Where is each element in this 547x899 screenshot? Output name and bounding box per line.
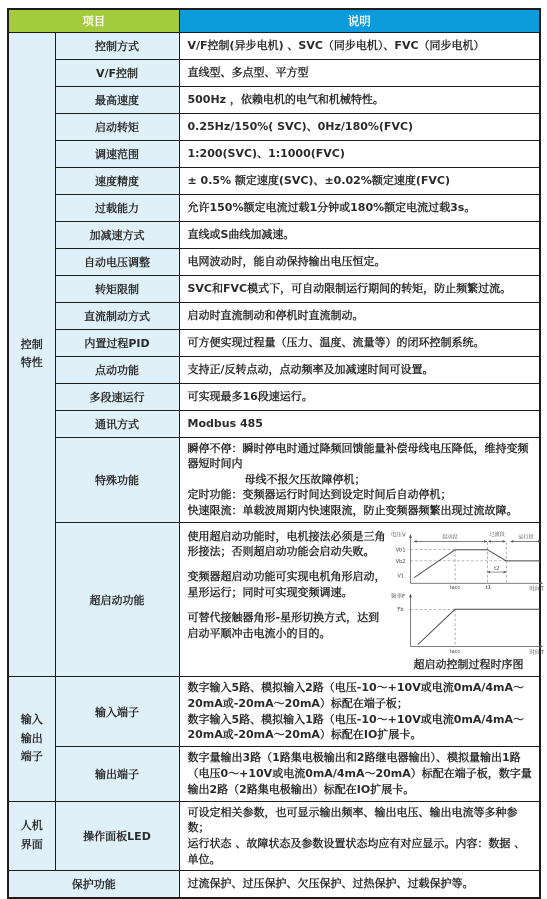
item-cell: 调速范围 <box>55 140 179 167</box>
desc-paragraph: 可替代接触器角形-星形切换方式，达到启动平顺冲击电流小的目的。 <box>188 610 386 642</box>
diagram-fb-label: Fb <box>397 607 403 613</box>
diagram-t1-label: t1 <box>485 584 490 590</box>
group-label-line: 特性 <box>10 354 54 373</box>
item-cell: 速度精度 <box>55 167 179 194</box>
desc-cell: ± 0.5% 额定速度(SVC)、±0.02%额定速度(FVC) <box>179 167 540 194</box>
table-row: V/F控制 直线型、多点型、平方型 <box>8 59 540 86</box>
desc-cell: 数字输入5路、模拟输入2路（电压-10～+10V或电流0mA/4mA～20mA或… <box>179 677 540 746</box>
desc-cell: SVC和FVC模式下，可自动限制运行期间的转矩，防止频繁过流。 <box>179 275 540 302</box>
item-cell-protection: 保护功能 <box>8 871 179 898</box>
item-cell: 通讯方式 <box>55 410 179 437</box>
desc-cell: 0.25Hz/150%( SVC)、0Hz/180%(FVC) <box>179 113 540 140</box>
desc-cell: 电网波动时，能自动保持输出电压恒定。 <box>179 248 540 275</box>
diagram-vb2-label: Vb2 <box>395 558 405 564</box>
item-cell: 控制方式 <box>55 32 179 59</box>
group-label-control: 控制 特性 <box>8 32 55 677</box>
table-row: 加减速方式 直线或S曲线加减速。 <box>8 221 540 248</box>
item-cell: 输入端子 <box>55 677 179 746</box>
group-label-line: 控制 <box>10 336 54 355</box>
desc-cell: 1:200(SVC)、1:1000(FVC) <box>179 140 540 167</box>
desc-cell: 允许150%额定电流过载1分钟或180%额定电流过载3s。 <box>179 194 540 221</box>
desc-cell: 直线型、多点型、平方型 <box>179 59 540 86</box>
diagram-tacc-label: tacc <box>449 584 460 590</box>
desc-cell: 可实现最多16段速运行。 <box>179 383 540 410</box>
header-item: 项目 <box>8 9 179 32</box>
diagram-region-run-label: 运行段 <box>518 533 533 540</box>
table-row: 转矩限制 SVC和FVC模式下，可自动限制运行期间的转矩，防止频繁过流。 <box>8 275 540 302</box>
group-label-line: 输出 <box>10 730 54 749</box>
desc-line: 可设定相关参数，也可显示输出频率、输出电压、输出电流等多种参数； <box>188 805 534 836</box>
group-label-io: 输入 输出 端子 <box>8 677 55 801</box>
table-row: 控制 特性 控制方式 V/F控制(异步电机) 、SVC（同步电机）、FVC（同步… <box>8 32 540 59</box>
desc-cell: V/F控制(异步电机) 、SVC（同步电机）、FVC（同步电机） <box>179 32 540 59</box>
diagram-frequency-axis-label: 频率F <box>390 592 404 600</box>
item-cell: 特殊功能 <box>55 437 179 522</box>
item-cell: 内置过程PID <box>55 329 179 356</box>
table-row: 自动电压调整 电网波动时，能自动保持输出电压恒定。 <box>8 248 540 275</box>
item-cell: 超启动功能 <box>55 522 179 677</box>
diagram-v1-label: V1 <box>397 573 404 579</box>
page: 项目 说明 控制 特性 控制方式 V/F控制(异步电机) 、SVC（同步电机）、… <box>0 0 547 769</box>
table-row: 直流制动方式 启动时直流制动和停机时直流制动。 <box>8 302 540 329</box>
timing-diagram: 电压V 时间T 起动段 过渡段 运行段 <box>390 529 547 673</box>
group-label-hmi: 人机 界面 <box>8 801 55 870</box>
table-row-special-functions: 特殊功能 瞬停不停：瞬时停电时通过降频回馈能量补偿母线电压降低，维持变频器短时间… <box>8 437 540 522</box>
table-row: 启动转矩 0.25Hz/150%( SVC)、0Hz/180%(FVC) <box>8 113 540 140</box>
desc-line: 数字输入5路、模拟输入1路（电压-10～+10V或电流0mA/4mA～20mA或… <box>188 712 534 743</box>
superstart-text: 使用超启动功能时，电机接法必须是三角形接法；否则超启动功能会启动失败。 变频器超… <box>188 529 386 643</box>
desc-cell: 瞬停不停：瞬时停电时通过降频回馈能量补偿母线电压降低，维持变频器短时间内 母线不… <box>179 437 540 522</box>
desc-cell: Modbus 485 <box>179 410 540 437</box>
table-row: 过载能力 允许150%额定电流过载1分钟或180%额定电流过载3s。 <box>8 194 540 221</box>
desc-paragraph: 使用超启动功能时，电机接法必须是三角形接法；否则超启动功能会启动失败。 <box>188 529 386 561</box>
group-label-line: 输入 <box>10 711 54 730</box>
diagram-t2-label: t2 <box>494 566 499 572</box>
diagram-time-axis-label: 时间T <box>529 584 544 592</box>
desc-line: 定时功能：变频器运行时间达到设定时间后自动停机； <box>188 487 534 503</box>
item-cell: 多段速运行 <box>55 383 179 410</box>
item-cell: 操作面板LED <box>55 801 179 870</box>
diagram-voltage-axis-label: 电压V <box>390 530 405 538</box>
desc-line: 瞬停不停：瞬时停电时通过降频回馈能量补偿母线电压降低，维持变频器短时间内 <box>188 441 534 472</box>
desc-line: 母线不报欠压故障停机； <box>188 472 534 488</box>
spec-table: 项目 说明 控制 特性 控制方式 V/F控制(异步电机) 、SVC（同步电机）、… <box>7 8 541 899</box>
desc-cell: 支持正/反转点动，点动频率及加减速时间可设置。 <box>179 356 540 383</box>
item-cell: 过载能力 <box>55 194 179 221</box>
diagram-time-axis-label: 时间T <box>529 647 544 655</box>
desc-cell: 使用超启动功能时，电机接法必须是三角形接法；否则超启动功能会启动失败。 变频器超… <box>179 522 540 677</box>
table-row: 多段速运行 可实现最多16段速运行。 <box>8 383 540 410</box>
table-row: 通讯方式 Modbus 485 <box>8 410 540 437</box>
table-row: 速度精度 ± 0.5% 额定速度(SVC)、±0.02%额定速度(FVC) <box>8 167 540 194</box>
item-cell: 输出端子 <box>55 746 179 801</box>
table-row: 内置过程PID 可方便实现过程量（压力、温度、流量等）的闭环控制系统。 <box>8 329 540 356</box>
header-desc: 说明 <box>179 9 540 32</box>
desc-line: 运行状态 、故障状态及参数设置状态均应有对应显示。内容：数据 、单位。 <box>188 836 534 867</box>
desc-cell: 500Hz ，依赖电机的电气和机械特性。 <box>179 86 540 113</box>
diagram-region-start-label: 起动段 <box>442 533 457 540</box>
table-row: 输出端子 数字量输出3路（1路集电极输出和2路继电器输出）、模拟量输出1路（电压… <box>8 746 540 801</box>
header-row: 项目 说明 <box>8 9 540 32</box>
desc-cell: 直线或S曲线加减速。 <box>179 221 540 248</box>
item-cell: V/F控制 <box>55 59 179 86</box>
table-row: 最高速度 500Hz ，依赖电机的电气和机械特性。 <box>8 86 540 113</box>
desc-paragraph: 变频器超启动功能可实现电机角形启动，星形运行；同时可实现变频调速。 <box>188 569 386 601</box>
item-cell: 转矩限制 <box>55 275 179 302</box>
item-cell: 自动电压调整 <box>55 248 179 275</box>
diagram-vb1-label: Vb1 <box>395 547 405 553</box>
item-cell: 启动转矩 <box>55 113 179 140</box>
desc-line: 数字输入5路、模拟输入2路（电压-10～+10V或电流0mA/4mA～20mA或… <box>188 680 534 711</box>
table-row: 人机 界面 操作面板LED 可设定相关参数，也可显示输出频率、输出电压、输出电流… <box>8 801 540 870</box>
group-label-line: 界面 <box>10 836 54 855</box>
group-label-line: 端子 <box>10 748 54 767</box>
timing-diagram-figure: 电压V 时间T 起动段 过渡段 运行段 <box>390 529 547 656</box>
desc-cell: 可方便实现过程量（压力、温度、流量等）的闭环控制系统。 <box>179 329 540 356</box>
table-row: 调速范围 1:200(SVC)、1:1000(FVC) <box>8 140 540 167</box>
diagram-region-transition-label: 过渡段 <box>489 530 504 537</box>
item-cell: 点动功能 <box>55 356 179 383</box>
group-label-line: 人机 <box>10 817 54 836</box>
desc-cell: 可设定相关参数，也可显示输出频率、输出电压、输出电流等多种参数； 运行状态 、故… <box>179 801 540 870</box>
diagram-caption: 超启动控制过程时序图 <box>414 657 524 673</box>
desc-cell: 数字量输出3路（1路集电极输出和2路继电器输出）、模拟量输出1路（电压0～+10… <box>179 746 540 801</box>
table-row: 输入 输出 端子 输入端子 数字输入5路、模拟输入2路（电压-10～+10V或电… <box>8 677 540 746</box>
item-cell: 直流制动方式 <box>55 302 179 329</box>
item-cell: 加减速方式 <box>55 221 179 248</box>
table-row-superstart: 超启动功能 使用超启动功能时，电机接法必须是三角形接法；否则超启动功能会启动失败… <box>8 522 540 677</box>
diagram-tacc-label: tacc <box>449 648 460 654</box>
item-cell: 最高速度 <box>55 86 179 113</box>
table-row-protection: 保护功能 过流保护、过压保护、欠压保护、过热保护、过载保护等。 <box>8 871 540 898</box>
desc-cell: 过流保护、过压保护、欠压保护、过热保护、过载保护等。 <box>179 871 540 898</box>
desc-cell: 启动时直流制动和停机时直流制动。 <box>179 302 540 329</box>
table-row: 点动功能 支持正/反转点动，点动频率及加减速时间可设置。 <box>8 356 540 383</box>
desc-line: 快速限流：单载波周期内快速限流，防止变频器频繁出现过流故障。 <box>188 503 534 519</box>
